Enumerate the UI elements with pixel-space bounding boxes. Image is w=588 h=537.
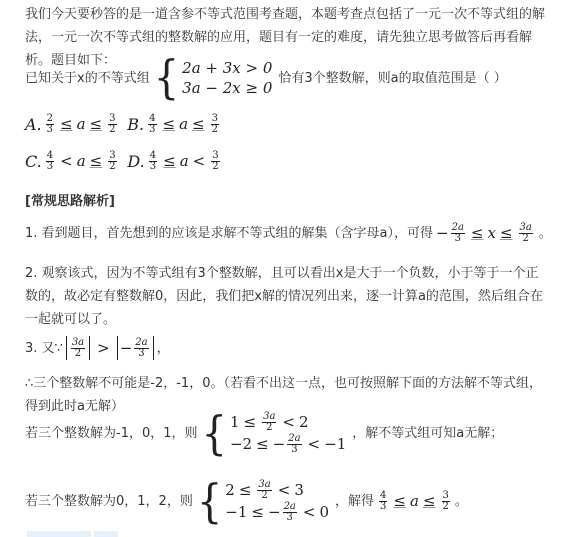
options-row-cd: C. 43 < a ≤ 32 D. 43 ≤ a < 32 <box>25 150 226 174</box>
option-a: A. 23 ≤ a ≤ 32 <box>25 113 119 136</box>
analysis-case-1: 若三个整数解为-1，0，1，则 { 1 ≤ 3a2 < 2 −2 ≤ − 2a3… <box>25 412 503 455</box>
options-row-ab: A. 23 ≤ a ≤ 32 B. 43 ≤ a ≤ 32 <box>25 113 225 137</box>
question-prefix: 已知关于x的不等式组 <box>25 67 150 90</box>
option-c: C. 43 < a ≤ 32 <box>25 150 119 173</box>
question-paragraph: 已知关于x的不等式组 { 2a + 3x > 0 3a − 2x ≥ 0 恰有3… <box>25 58 565 98</box>
analysis-case-2: 若三个整数解为0，1，2，则 { 2 ≤ 3a2 < 3 −1 ≤ − 2a3 … <box>25 480 468 523</box>
option-b: B. 43 ≤ a ≤ 32 <box>127 113 221 136</box>
solution-range: − 2a3 ≤ x ≤ 3a2 <box>436 222 535 245</box>
final-answer-range: 43 ≤ a ≤ 32 <box>377 490 452 513</box>
case2-system: { 2 ≤ 3a2 < 3 −1 ≤ − 2a3 < 0 <box>197 480 329 523</box>
left-brace-icon: { <box>154 55 179 101</box>
analysis-step-1: 1. 看到题目，首先想到的应该是求解不等式组的解集（含字母a），可得 − 2a3… <box>25 222 565 245</box>
inequality-system: { 2a + 3x > 0 3a − 2x ≥ 0 <box>154 58 273 98</box>
system-line-1: 2a + 3x > 0 <box>182 59 272 78</box>
option-d: D. 43 ≤ a < 32 <box>127 150 221 173</box>
case1-system: { 1 ≤ 3a2 < 2 −2 ≤ − 2a3 < −1 <box>202 412 347 455</box>
system-line-2: 3a − 2x ≥ 0 <box>182 79 272 98</box>
left-brace-icon: { <box>202 409 227 458</box>
tag-button-1[interactable] <box>27 531 91 537</box>
left-brace-icon: { <box>197 477 222 526</box>
analysis-step-3: 3. 又∵ 3a2 > −2a3 ， <box>25 336 170 360</box>
analysis-step-2: 2. 观察该式，因为不等式组有3个整数解，且可以看出x是大于一个负数，小于等于一… <box>25 262 550 331</box>
absolute-value-comparison: 3a2 > −2a3 <box>63 336 157 360</box>
footer-tags <box>27 531 118 537</box>
question-suffix: 恰有3个整数解，则a的取值范围是（ ） <box>278 67 506 90</box>
tag-button-2[interactable] <box>94 531 118 537</box>
analysis-heading: [常规思路解析] <box>25 190 115 213</box>
